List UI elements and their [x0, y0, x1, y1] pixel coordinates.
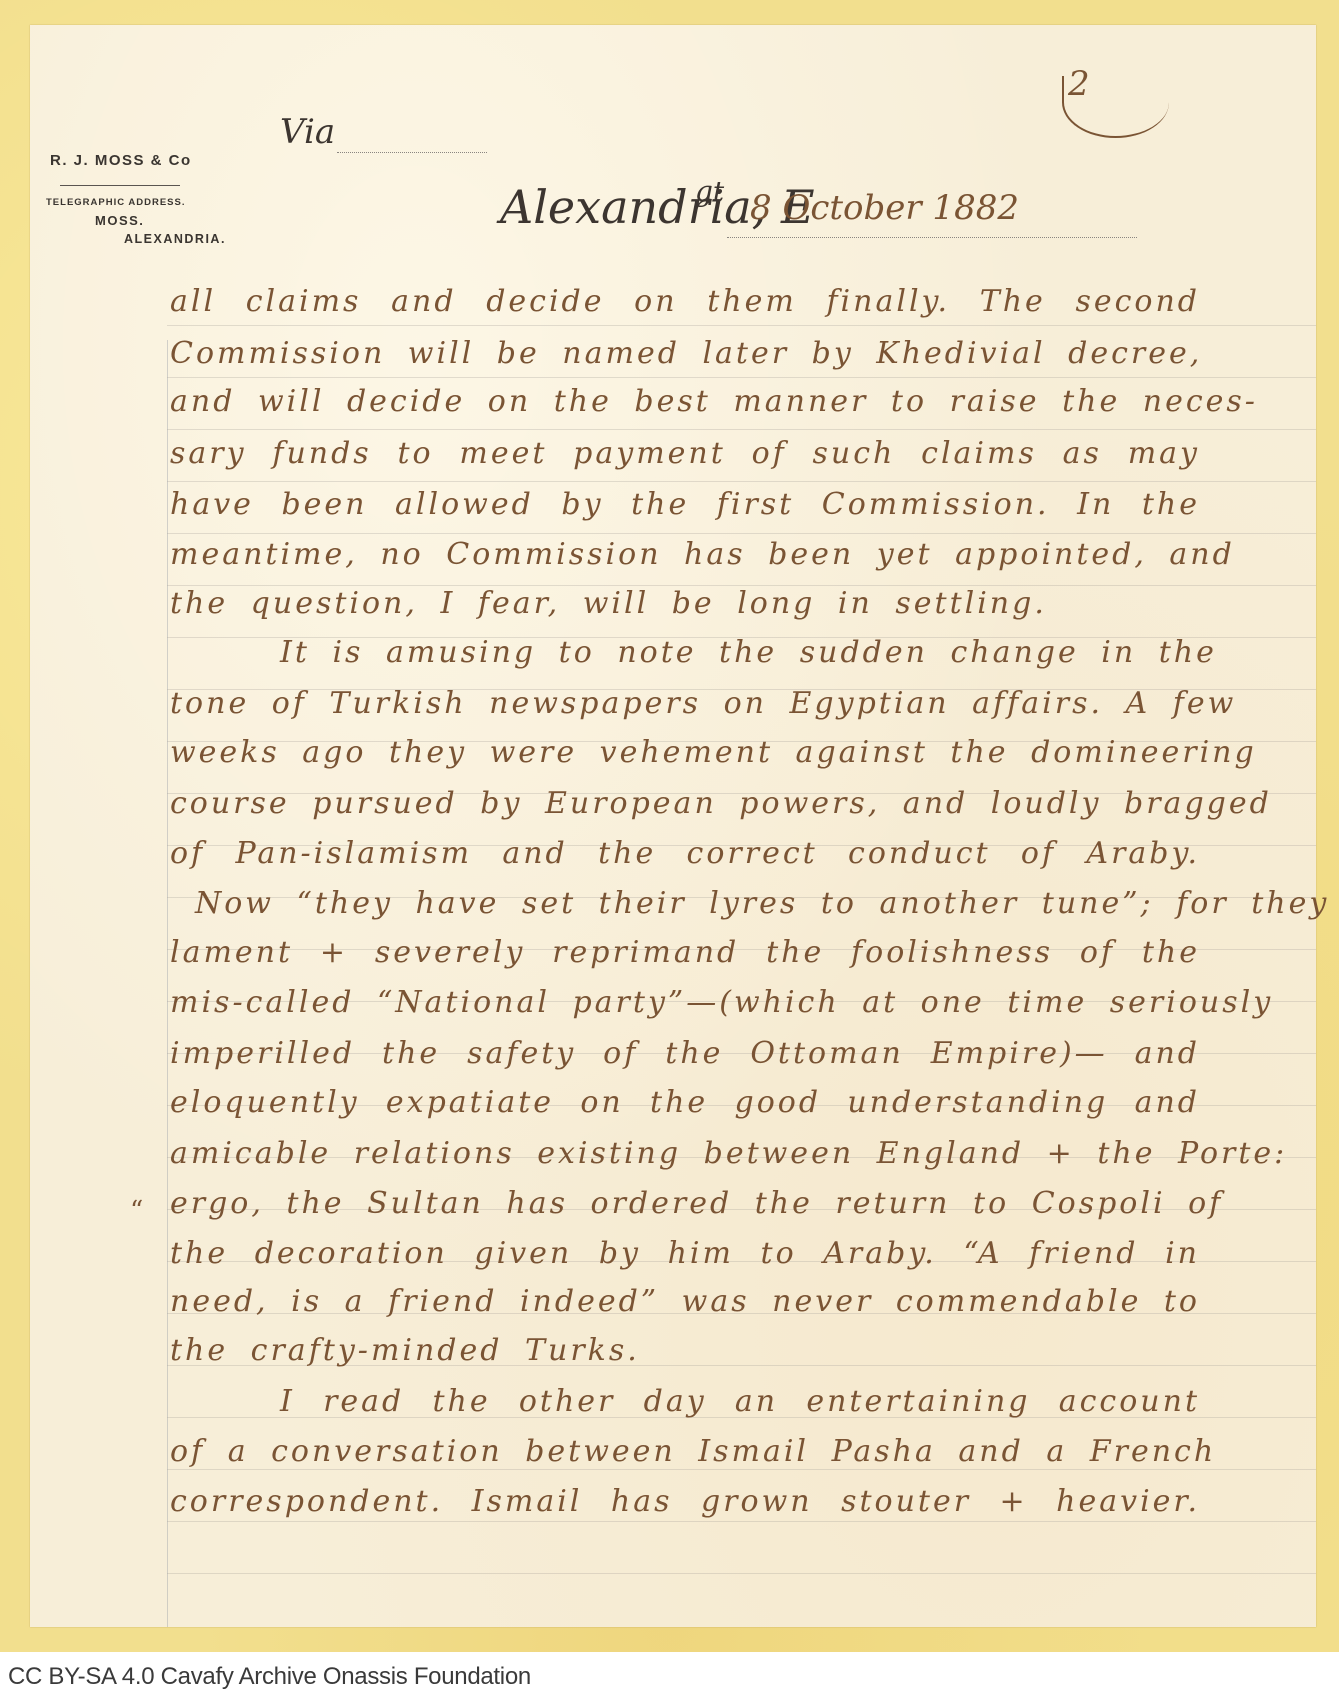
- ruled-line: [167, 1469, 1316, 1470]
- body-line: eloquently expatiate on the good underst…: [170, 1085, 1200, 1120]
- ruled-line: [167, 377, 1316, 378]
- via-underline: [337, 152, 487, 153]
- handwritten-date: 8 October 1882: [750, 188, 1019, 228]
- body-line: all claims and decide on them finally. T…: [170, 284, 1200, 319]
- body-line: the question, I fear, will be long in se…: [170, 586, 1200, 621]
- body-line: have been allowed by the first Commissio…: [170, 487, 1200, 522]
- body-line: imperilled the safety of the Ottoman Emp…: [170, 1036, 1200, 1071]
- ruled-line: [167, 325, 1316, 326]
- ruled-line: [167, 1521, 1316, 1522]
- letterhead-company: R. J. MOSS & Co: [50, 152, 192, 169]
- body-line: the decoration given by him to Araby. “A…: [170, 1236, 1200, 1271]
- body-line: amicable relations existing between Engl…: [170, 1136, 1200, 1171]
- paragraph-start-line: I read the other day an entertaining acc…: [170, 1384, 1200, 1419]
- place-superscript: gt: [695, 175, 724, 208]
- via-label: Via: [280, 112, 335, 152]
- body-line: course pursued by European powers, and l…: [170, 786, 1200, 821]
- body-line: meantime, no Commission has been yet app…: [170, 537, 1200, 572]
- body-line: of Pan-islamism and the correct conduct …: [170, 836, 1200, 871]
- margin-quote-mark: “: [130, 1196, 143, 1226]
- body-line: weeks ago they were vehement against the…: [170, 735, 1200, 770]
- date-underline: [727, 237, 1137, 238]
- body-line: correspondent. Ismail has grown stouter …: [170, 1484, 1200, 1519]
- letterhead-telegraphic-name: MOSS.: [95, 213, 144, 228]
- body-line: sary funds to meet payment of such claim…: [170, 436, 1200, 471]
- body-line: need, is a friend indeed” was never comm…: [170, 1284, 1200, 1319]
- body-line: the crafty-minded Turks.: [170, 1333, 1200, 1368]
- paragraph-start-line: It is amusing to note the sudden change …: [170, 635, 1200, 670]
- letterhead-divider: [60, 185, 180, 186]
- ruled-line: [167, 481, 1316, 482]
- body-line: lament + severely reprimand the foolishn…: [170, 935, 1200, 970]
- body-line: and will decide on the best manner to ra…: [170, 384, 1200, 419]
- license-caption: CC BY-SA 4.0 Cavafy Archive Onassis Foun…: [8, 1663, 531, 1691]
- body-line: mis-called “National party”—(which at on…: [170, 985, 1200, 1020]
- body-line: Commission will be named later by Khediv…: [170, 336, 1200, 371]
- ruled-line: [167, 429, 1316, 430]
- ruled-line: [167, 1573, 1316, 1574]
- body-line: of a conversation between Ismail Pasha a…: [170, 1434, 1200, 1469]
- letterhead-telegraphic-label: TELEGRAPHIC ADDRESS.: [46, 197, 185, 208]
- body-line: ergo, the Sultan has ordered the return …: [170, 1186, 1200, 1221]
- letterhead-telegraphic-city: ALEXANDRIA.: [124, 232, 226, 246]
- ruled-line: [167, 533, 1316, 534]
- paragraph-start-line: Now “they have set their lyres to anothe…: [170, 886, 1200, 921]
- body-line: tone of Turkish newspapers on Egyptian a…: [170, 686, 1200, 721]
